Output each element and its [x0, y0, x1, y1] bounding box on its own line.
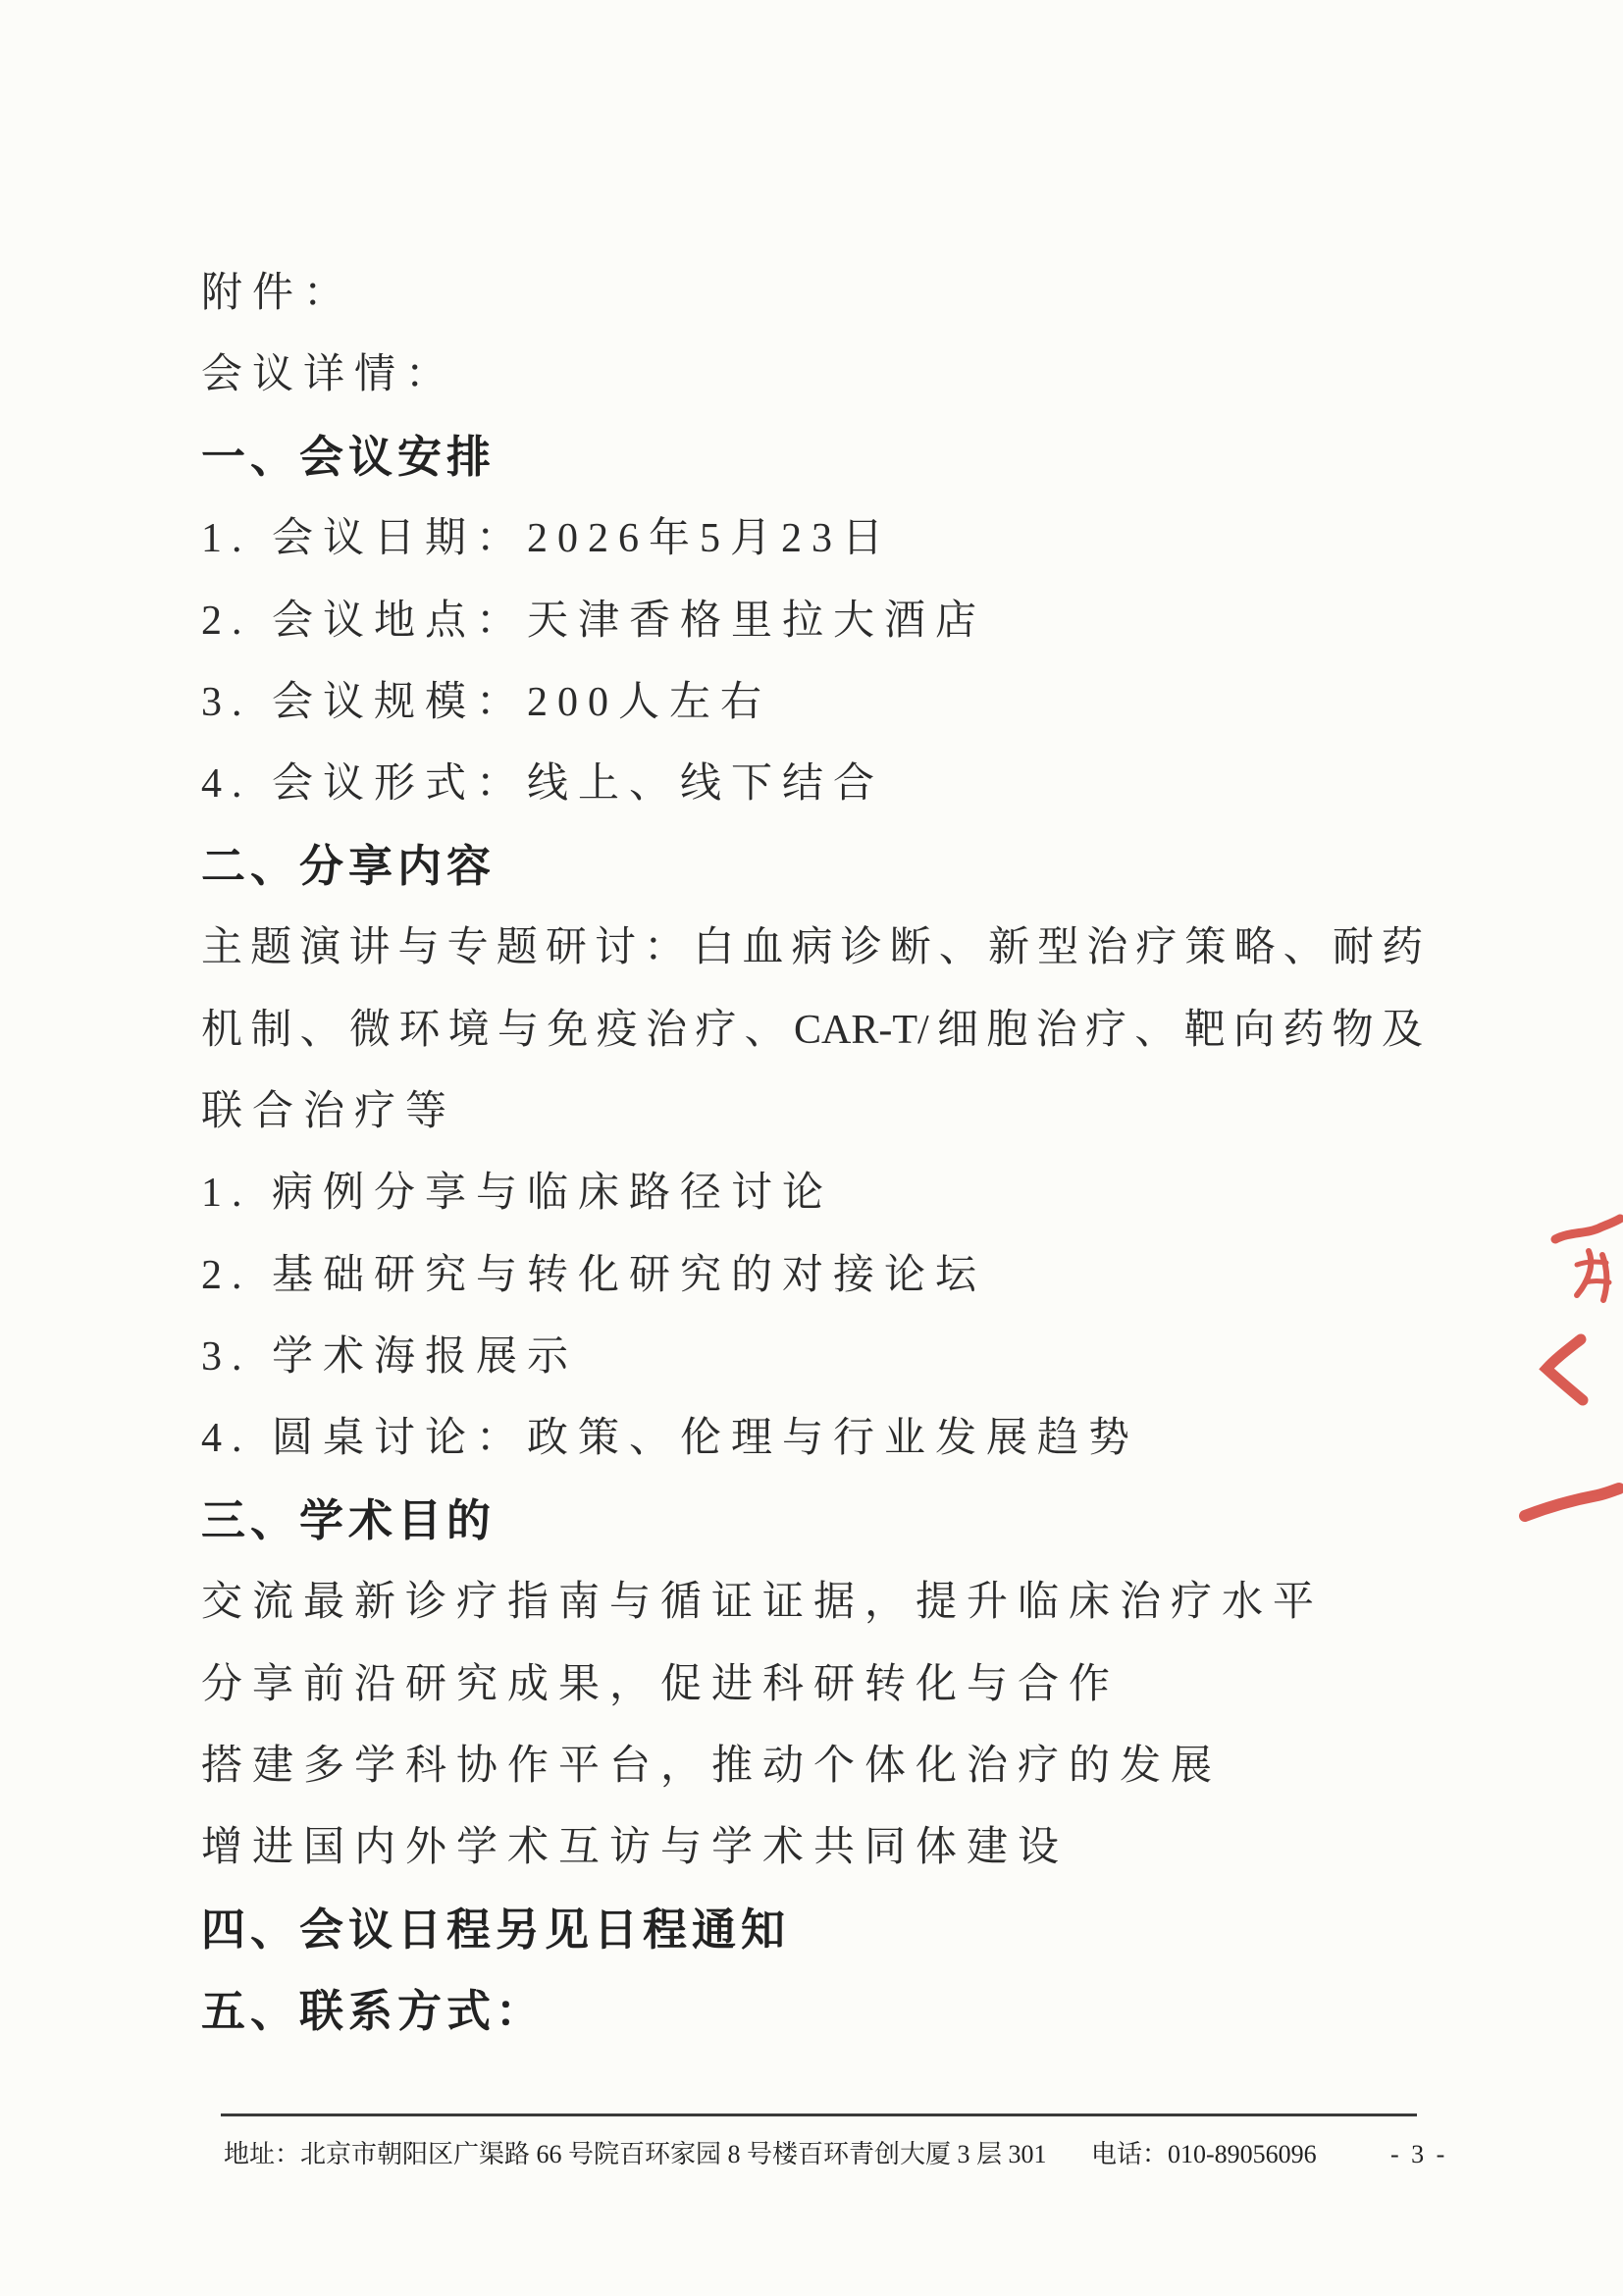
phone-value: 010-89056096: [1168, 2140, 1317, 2168]
item-meeting-format: 4. 会议形式：线上、线下结合: [201, 744, 1423, 825]
attachment-label: 附件：: [201, 253, 1423, 335]
paragraph-topics-line-1: 主题演讲与专题研讨：白血病诊断、新型治疗策略、耐药: [201, 908, 1423, 989]
item-meeting-location: 2. 会议地点：天津香格里拉大酒店: [201, 581, 1423, 662]
page-number: - 3 -: [1390, 2135, 1447, 2174]
phone-label: 电话：: [1091, 2140, 1168, 2168]
footer-phone: 电话：010-89056096: [1091, 2135, 1317, 2174]
purpose-line-2: 分享前沿研究成果，促进科研转化与合作: [201, 1644, 1423, 1726]
document-page: 附件： 会议详情： 一、会议安排 1. 会议日期：2026年5月23日 2. 会…: [0, 0, 1623, 2296]
purpose-line-3: 搭建多学科协作平台，推动个体化治疗的发展: [201, 1726, 1423, 1807]
heading-meeting-arrangement: 一、会议安排: [201, 417, 1423, 498]
item-roundtable: 4. 圆桌讨论：政策、伦理与行业发展趋势: [201, 1398, 1423, 1480]
purpose-line-4: 增进国内外学术互访与学术共同体建设: [201, 1807, 1423, 1889]
address-value: 北京市朝阳区广渠路 66 号院百环家园 8 号楼百环青创大厦 3 层 301: [300, 2140, 1047, 2168]
heading-academic-purpose: 三、学术目的: [201, 1481, 1423, 1562]
item-meeting-date: 1. 会议日期：2026年5月23日: [201, 498, 1423, 580]
heading-agenda-notice: 四、会议日程另见日程通知: [201, 1890, 1423, 1971]
item-poster-display: 3. 学术海报展示: [201, 1317, 1423, 1398]
red-seal-fragment: [1516, 1202, 1623, 1526]
meeting-details-label: 会议详情：: [201, 335, 1423, 416]
footer-address: 地址：北京市朝阳区广渠路 66 号院百环家园 8 号楼百环青创大厦 3 层 30…: [224, 2135, 1047, 2174]
address-label: 地址：: [224, 2140, 300, 2168]
heading-sharing-content: 二、分享内容: [201, 826, 1423, 908]
heading-contact-info: 五、联系方式：: [201, 1971, 1423, 2053]
footer-divider: [221, 2113, 1417, 2116]
document-body: 附件： 会议详情： 一、会议安排 1. 会议日期：2026年5月23日 2. 会…: [201, 253, 1423, 2054]
purpose-line-1: 交流最新诊疗指南与循证证据，提升临床治疗水平: [201, 1562, 1423, 1644]
item-meeting-scale: 3. 会议规模：200人左右: [201, 662, 1423, 744]
item-case-sharing: 1. 病例分享与临床路径讨论: [201, 1153, 1423, 1234]
paragraph-topics-line-3: 联合治疗等: [201, 1071, 1423, 1153]
paragraph-topics-line-2: 机制、微环境与免疫治疗、CAR-T/细胞治疗、靶向药物及: [201, 990, 1423, 1071]
item-research-forum: 2. 基础研究与转化研究的对接论坛: [201, 1235, 1423, 1317]
